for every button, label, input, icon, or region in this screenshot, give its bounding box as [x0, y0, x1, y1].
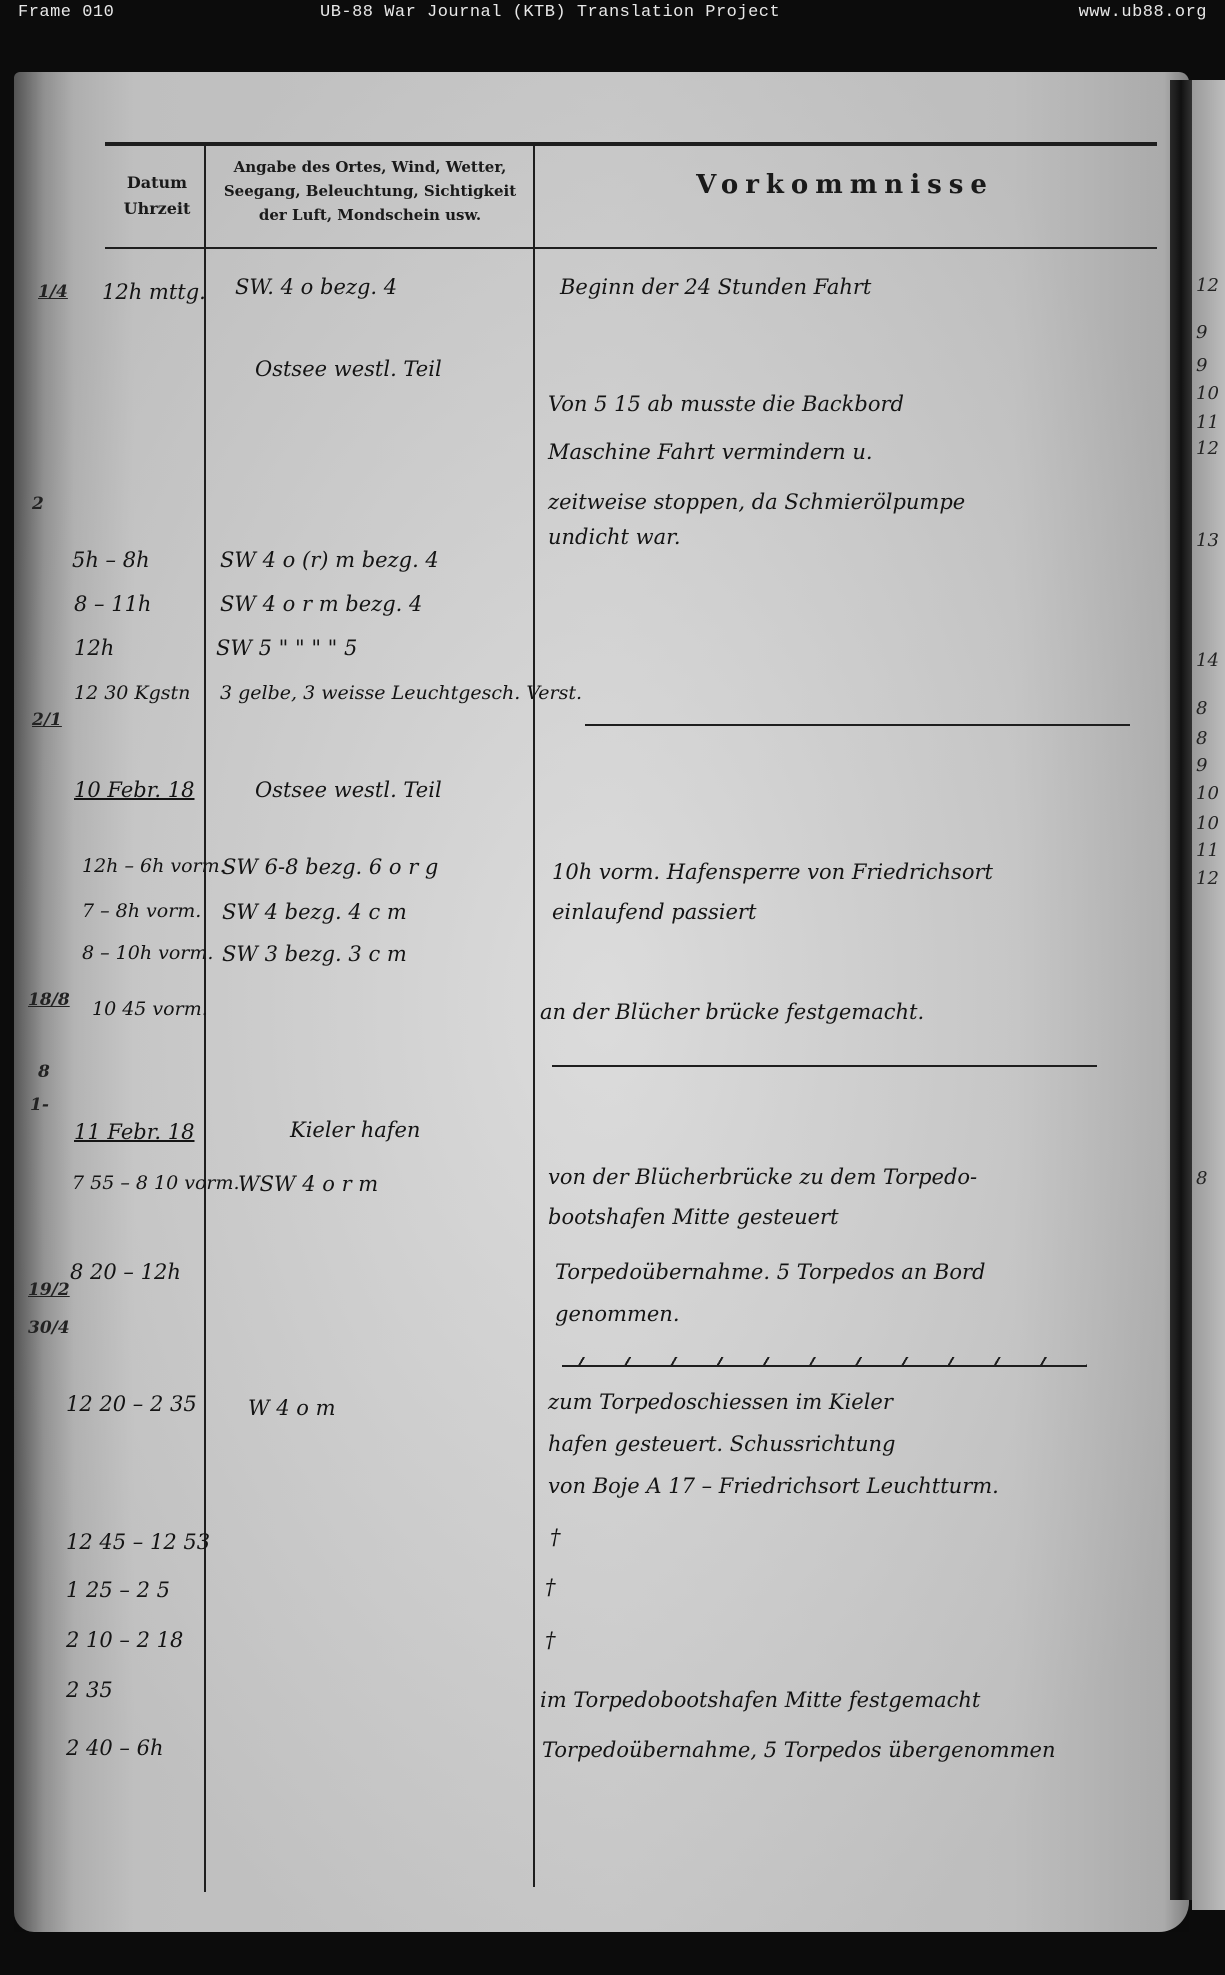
entry-event-line: genommen. — [555, 1302, 680, 1326]
entry-time: 7 55 – 8 10 vorm. — [72, 1172, 240, 1194]
margin-note: 1- — [30, 1095, 49, 1115]
entry-event-line: zeitweise stoppen, da Schmierölpumpe — [548, 490, 965, 514]
entry-date: 10 Febr. 18 — [74, 778, 195, 802]
entry-event-line: von der Blücherbrücke zu dem Torpedo- — [548, 1165, 977, 1189]
entry-separator — [585, 724, 1130, 726]
table-top-rule — [105, 142, 1157, 146]
facing-margin-number: 10 — [1196, 813, 1219, 834]
margin-note: 19/2 — [28, 1280, 70, 1300]
entry-conditions: WSW 4 o r m — [238, 1172, 378, 1196]
entry-event-line: Torpedoübernahme. 5 Torpedos an Bord — [555, 1260, 986, 1284]
header-datum: Datum — [108, 170, 206, 196]
entry-event-line: 10h vorm. Hafensperre von Friedrichsort — [552, 860, 993, 884]
column-divider-2 — [533, 142, 535, 1887]
entry-time: 12 20 – 2 35 — [66, 1392, 197, 1416]
entry-conditions: SW. 4 o bezg. 4 — [235, 275, 397, 299]
entry-separator-hatched — [562, 1357, 1087, 1367]
entry-separator — [552, 1065, 1097, 1067]
entry-event-line: Torpedoübernahme, 5 Torpedos übergenomme… — [542, 1738, 1055, 1762]
entry-date: 11 Febr. 18 — [74, 1120, 195, 1144]
header-ort-line: Seegang, Beleuchtung, Sichtigkeit — [210, 179, 530, 203]
entry-time: 12 30 Kgstn — [74, 682, 190, 704]
torpedo-shot-mark: † — [550, 1525, 561, 1549]
facing-margin-number: 14 — [1196, 650, 1219, 671]
entry-time: 2 35 — [66, 1678, 113, 1702]
entry-time: 1 25 – 2 5 — [66, 1578, 170, 1602]
margin-note: 18/8 — [28, 990, 70, 1010]
entry-conditions: SW 4 bezg. 4 c m — [222, 900, 407, 924]
entry-event-line: an der Blücher brücke festgemacht. — [540, 1000, 924, 1024]
torpedo-shot-mark: † — [545, 1575, 556, 1599]
entry-event-line: Beginn der 24 Stunden Fahrt — [560, 275, 871, 299]
header-datum-uhrzeit: Datum Uhrzeit — [108, 170, 206, 222]
entry-time: 12h mttg. — [102, 280, 206, 304]
facing-page-edge: 12 9 9 10 11 12 13 14 8 8 9 10 10 11 12 … — [1192, 80, 1225, 1910]
site-url: www.ub88.org — [1079, 3, 1207, 22]
book-gutter — [1170, 80, 1192, 1900]
facing-margin-number: 11 — [1196, 412, 1219, 433]
margin-note: 8 — [38, 1062, 50, 1082]
entry-event-line: zum Torpedoschiessen im Kieler — [548, 1390, 893, 1414]
facing-margin-number: 9 — [1196, 355, 1207, 376]
entry-time: 12h – 6h vorm. — [82, 855, 226, 877]
margin-note: 1/4 — [38, 282, 68, 302]
facing-margin-number: 11 — [1196, 840, 1219, 861]
header-ort-line: der Luft, Mondschein usw. — [210, 203, 530, 227]
entry-event-line: im Torpedobootshafen Mitte festgemacht — [540, 1688, 980, 1712]
entry-conditions: SW 4 o (r) m bezg. 4 — [220, 548, 439, 572]
entry-time: 10 45 vorm. — [92, 998, 208, 1020]
entry-conditions: SW 6-8 bezg. 6 o r g — [222, 855, 438, 879]
entry-conditions: SW 5 " " " " 5 — [216, 636, 357, 660]
entry-event-line: von Boje A 17 – Friedrichsort Leuchtturm… — [548, 1474, 999, 1498]
header-bottom-rule — [105, 247, 1157, 249]
facing-margin-number: 12 — [1196, 438, 1219, 459]
facing-margin-number: 12 — [1196, 868, 1219, 889]
entry-time: 2 40 – 6h — [66, 1736, 164, 1760]
entry-conditions: SW 4 o r m bezg. 4 — [220, 592, 422, 616]
entry-conditions: Ostsee westl. Teil — [255, 357, 442, 381]
facing-margin-number: 9 — [1196, 755, 1207, 776]
header-vorkommnisse: Vorkommnisse — [540, 170, 1150, 200]
entry-time: 2 10 – 2 18 — [66, 1628, 183, 1652]
torpedo-shot-mark: † — [545, 1628, 556, 1652]
entry-event-line: bootshafen Mitte gesteuert — [548, 1205, 839, 1229]
facing-margin-number: 9 — [1196, 322, 1207, 343]
header-uhrzeit: Uhrzeit — [108, 196, 206, 222]
entry-conditions: 3 gelbe, 3 weisse Leuchtgesch. Verst. — [220, 682, 582, 704]
frame-label: Frame 010 — [18, 3, 114, 22]
entry-event-line: undicht war. — [548, 525, 681, 549]
facing-margin-number: 12 — [1196, 275, 1219, 296]
entry-time: 8 – 11h — [74, 592, 151, 616]
entry-conditions: Kieler hafen — [290, 1118, 420, 1142]
margin-note: 2/1 — [32, 710, 62, 730]
facing-margin-number: 8 — [1196, 728, 1207, 749]
entry-time: 12h — [74, 636, 114, 660]
facing-margin-number: 8 — [1196, 1168, 1207, 1189]
entry-time: 8 20 – 12h — [70, 1260, 181, 1284]
entry-time: 8 – 10h vorm. — [82, 942, 213, 964]
entry-event-line: hafen gesteuert. Schussrichtung — [548, 1432, 895, 1456]
margin-note: 30/4 — [28, 1318, 70, 1338]
facing-margin-number: 13 — [1196, 530, 1219, 551]
facing-margin-number: 10 — [1196, 783, 1219, 804]
facing-margin-number: 8 — [1196, 698, 1207, 719]
margin-note: 2 — [32, 494, 44, 514]
entry-conditions: W 4 o m — [248, 1396, 336, 1420]
entry-time: 7 – 8h vorm. — [82, 900, 201, 922]
entry-conditions: Ostsee westl. Teil — [255, 778, 442, 802]
entry-event-line: Maschine Fahrt vermindern u. — [548, 440, 873, 464]
entry-time: 5h – 8h — [72, 548, 150, 572]
facing-margin-number: 10 — [1196, 383, 1219, 404]
archive-banner: Frame 010 UB-88 War Journal (KTB) Transl… — [0, 0, 1225, 28]
header-ort-line: Angabe des Ortes, Wind, Wetter, — [210, 155, 530, 179]
entry-time: 12 45 – 12 53 — [66, 1530, 210, 1554]
header-location-weather: Angabe des Ortes, Wind, Wetter, Seegang,… — [210, 155, 530, 227]
project-title: UB-88 War Journal (KTB) Translation Proj… — [320, 3, 780, 22]
entry-event-line: Von 5 15 ab musste die Backbord — [548, 392, 904, 416]
entry-conditions: SW 3 bezg. 3 c m — [222, 942, 407, 966]
entry-event-line: einlaufend passiert — [552, 900, 756, 924]
